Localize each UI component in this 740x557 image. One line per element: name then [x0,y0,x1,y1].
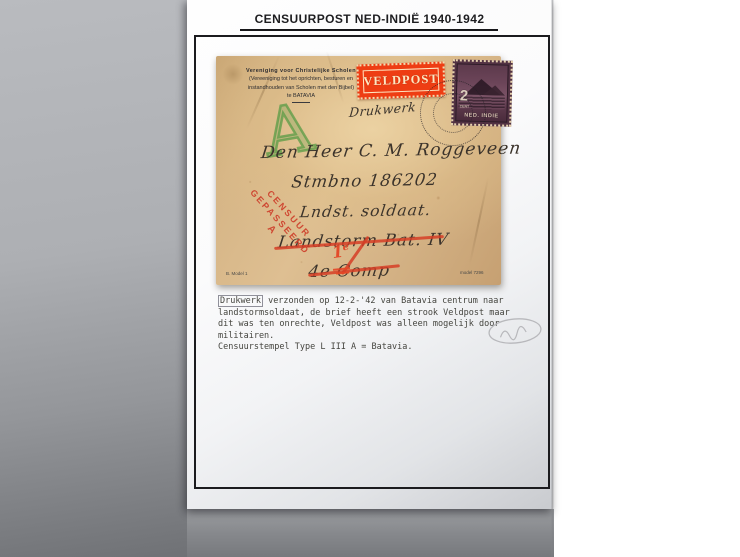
caption-line: militairen. [218,331,528,343]
printer-imprint-right: model 7296 [460,270,484,275]
stamp-mountain-motif [483,85,505,96]
red-crayon-mark-sup: e [342,242,350,254]
censored-cover-envelope: Vereniging voor Christelijke Scholen (Ve… [216,56,501,285]
printer-imprint-left: B. Model 1 [226,271,248,276]
address-line: Stmbno 186202 [256,164,500,198]
table-surface-bottom [187,509,554,557]
sender-line: Vereniging voor Christelijke Scholen [238,67,364,75]
caption-line-1-rest: verzonden op 12-2-'42 van Batavia centru… [263,296,504,306]
postmark-circle-inner [433,93,473,133]
caption-boxed-word: Drukwerk [218,295,263,307]
caption-line: dit was ten onrechte, Veldpost was allee… [218,319,528,331]
table-surface-left [0,0,187,557]
typed-caption: Drukwerk verzonden op 12-2-'42 van Batav… [218,296,528,354]
caption-line: landstormsoldaat, de brief heeft een str… [218,308,528,320]
album-page-right-edge [551,0,554,557]
veldpost-label-frame: VELDPOST [363,68,440,94]
red-crayon-mark: 1e [331,241,351,262]
veldpost-label-text: VELDPOST [363,72,439,90]
address-line: Den Heer C. M. Roggeveen [259,134,503,168]
title-underline [240,29,498,31]
pencil-signature-scribble [485,312,546,351]
page-title: CENSUURPOST NED-INDIË 1940-1942 [187,12,552,26]
photo-of-album-page: CENSUURPOST NED-INDIË 1940-1942 Verenigi… [0,0,740,557]
address-line-struck: 4e Comp [244,254,488,288]
caption-line: Censuurstempel Type L III A = Batavia. [218,342,528,354]
caption-line-1: Drukwerk verzonden op 12-2-'42 van Batav… [218,296,528,308]
